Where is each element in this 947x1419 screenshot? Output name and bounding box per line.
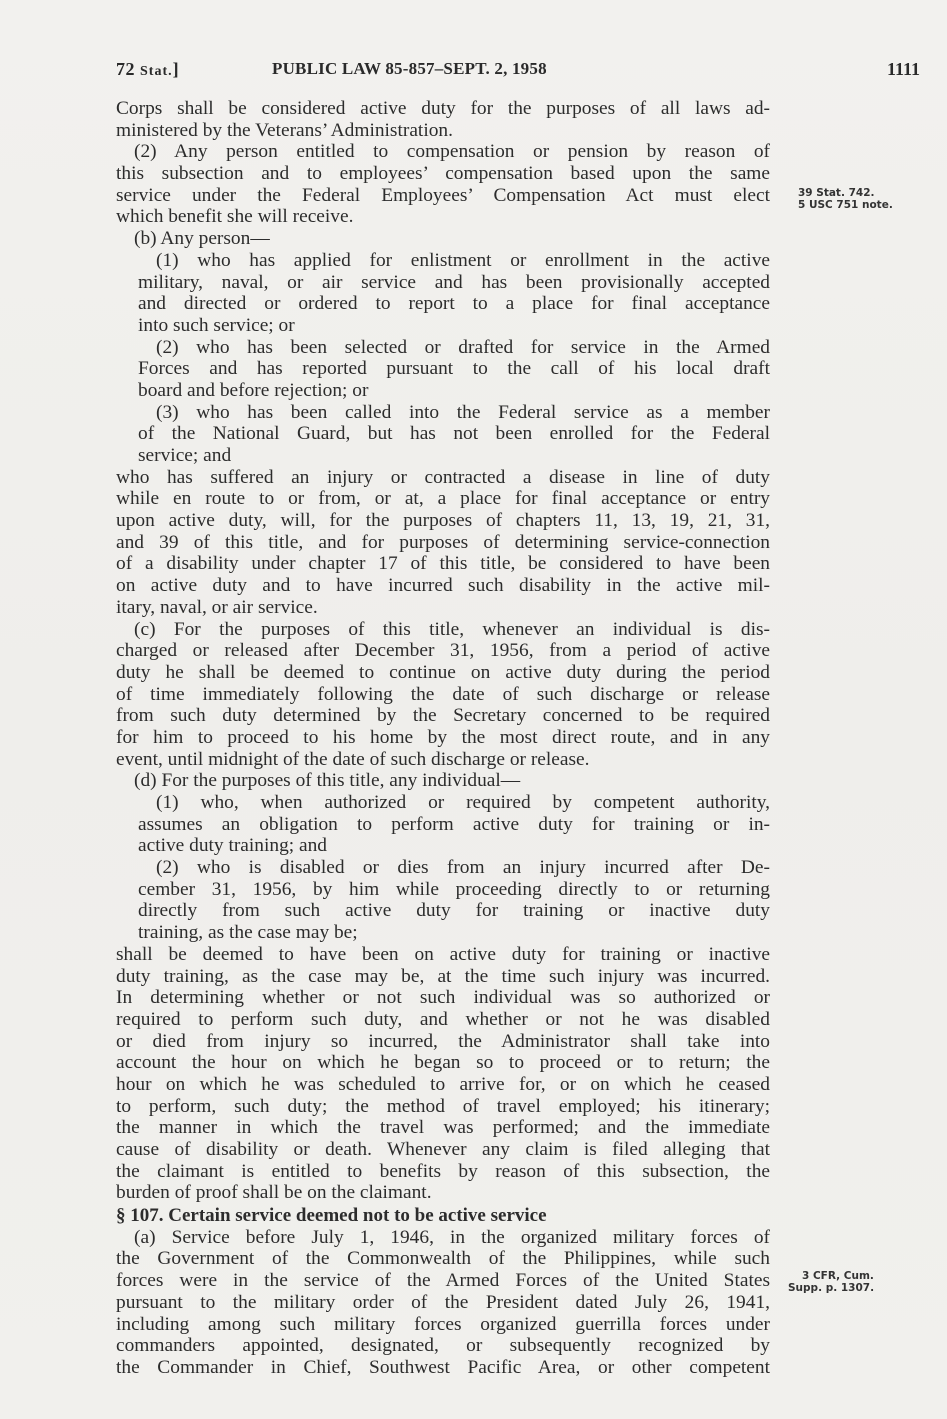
text-line: duty training, as the case may be, at th…	[116, 966, 770, 988]
margin-citation: 3 CFR, Cum. Supp. p. 1307.	[788, 1270, 874, 1294]
text-line: including among such military forces org…	[116, 1314, 770, 1336]
text-line: the Government of the Commonwealth of th…	[116, 1248, 770, 1270]
text-line: (c) For the purposes of this title, when…	[116, 619, 770, 641]
text-line: who has suffered an injury or contracted…	[116, 467, 770, 489]
text-line: service under the Federal Employees’ Com…	[116, 185, 770, 207]
text-line: (1) who has applied for enlistment or en…	[116, 250, 770, 272]
text-line: or died from injury so incurred, the Adm…	[116, 1031, 770, 1053]
text-line: into such service; or	[116, 315, 770, 337]
text-line: upon active duty, will, for the purposes…	[116, 510, 770, 532]
text-line: (2) Any person entitled to compensation …	[116, 141, 770, 163]
running-header: 72 Stat.] PUBLIC LAW 85-857–SEPT. 2, 195…	[116, 58, 920, 80]
body-text: Corps shall be considered active duty fo…	[116, 98, 770, 1379]
text-line: on active duty and to have incurred such…	[116, 575, 770, 597]
text-line: In determining whether or not such indiv…	[116, 987, 770, 1009]
text-line: and directed or ordered to report to a p…	[116, 293, 770, 315]
text-line: to perform, such duty; the method of tra…	[116, 1096, 770, 1118]
volume-number: 72	[116, 59, 135, 79]
text-line: training, as the case may be;	[116, 922, 770, 944]
text-line: of time immediately following the date o…	[116, 684, 770, 706]
text-line: the Commander in Chief, Southwest Pacifi…	[116, 1357, 770, 1379]
text-line: this subsection and to employees’ compen…	[116, 163, 770, 185]
margin-citation-line: 3 CFR, Cum.	[788, 1270, 874, 1282]
text-line: ministered by the Veterans’ Administrati…	[116, 120, 770, 142]
text-line: required to perform such duty, and wheth…	[116, 1009, 770, 1031]
text-line: and 39 of this title, and for purposes o…	[116, 532, 770, 554]
text-line: board and before rejection; or	[116, 380, 770, 402]
section-heading: § 107. Certain service deemed not to be …	[116, 1205, 770, 1227]
text-line: of the National Guard, but has not been …	[116, 423, 770, 445]
volume-label: Stat.	[140, 64, 173, 79]
text-line: account the hour on which he began so to…	[116, 1052, 770, 1074]
text-line: charged or released after December 31, 1…	[116, 640, 770, 662]
volume-citation: 72 Stat.]	[116, 58, 179, 83]
text-line: service; and	[116, 445, 770, 467]
text-line: while en route to or from, or at, a plac…	[116, 488, 770, 510]
margin-citation: 39 Stat. 742. 5 USC 751 note.	[798, 187, 893, 211]
text-line: of a disability under chapter 17 of this…	[116, 553, 770, 575]
text-line: cember 31, 1956, by him while proceeding…	[116, 879, 770, 901]
text-line: event, until midnight of the date of suc…	[116, 749, 770, 771]
text-line: itary, naval, or air service.	[116, 597, 770, 619]
text-line: assumes an obligation to perform active …	[116, 814, 770, 836]
header-title: PUBLIC LAW 85-857–SEPT. 2, 1958	[272, 58, 547, 80]
text-line: military, naval, or air service and has …	[116, 272, 770, 294]
text-line: (d) For the purposes of this title, any …	[116, 770, 770, 792]
bracket: ]	[173, 59, 180, 79]
text-line: Forces and has reported pursuant to the …	[116, 358, 770, 380]
text-line: (b) Any person—	[116, 228, 770, 250]
text-line: forces were in the service of the Armed …	[116, 1270, 770, 1292]
text-line: (a) Service before July 1, 1946, in the …	[116, 1227, 770, 1249]
text-line: (3) who has been called into the Federal…	[116, 402, 770, 424]
text-line: hour on which he was scheduled to arrive…	[116, 1074, 770, 1096]
margin-citation-line: 5 USC 751 note.	[798, 199, 893, 211]
text-line: pursuant to the military order of the Pr…	[116, 1292, 770, 1314]
text-line: from such duty determined by the Secreta…	[116, 705, 770, 727]
document-page: 72 Stat.] PUBLIC LAW 85-857–SEPT. 2, 195…	[0, 0, 947, 1419]
text-line: commanders appointed, designated, or sub…	[116, 1335, 770, 1357]
text-line: shall be deemed to have been on active d…	[116, 944, 770, 966]
text-line: Corps shall be considered active duty fo…	[116, 98, 770, 120]
text-line: the claimant is entitled to benefits by …	[116, 1161, 770, 1183]
text-line: burden of proof shall be on the claimant…	[116, 1182, 770, 1204]
text-line: for him to proceed to his home by the mo…	[116, 727, 770, 749]
text-line: directly from such active duty for train…	[116, 900, 770, 922]
text-line: (2) who has been selected or drafted for…	[116, 337, 770, 359]
text-line: (1) who, when authorized or required by …	[116, 792, 770, 814]
margin-citation-line: Supp. p. 1307.	[788, 1282, 874, 1294]
page-number: 1111	[887, 58, 920, 80]
margin-citation-line: 39 Stat. 742.	[798, 187, 893, 199]
text-line: active duty training; and	[116, 835, 770, 857]
text-line: (2) who is disabled or dies from an inju…	[116, 857, 770, 879]
text-line: cause of disability or death. Whenever a…	[116, 1139, 770, 1161]
text-line: duty he shall be deemed to continue on a…	[116, 662, 770, 684]
text-line: which benefit she will receive.	[116, 206, 770, 228]
text-line: the manner in which the travel was perfo…	[116, 1117, 770, 1139]
